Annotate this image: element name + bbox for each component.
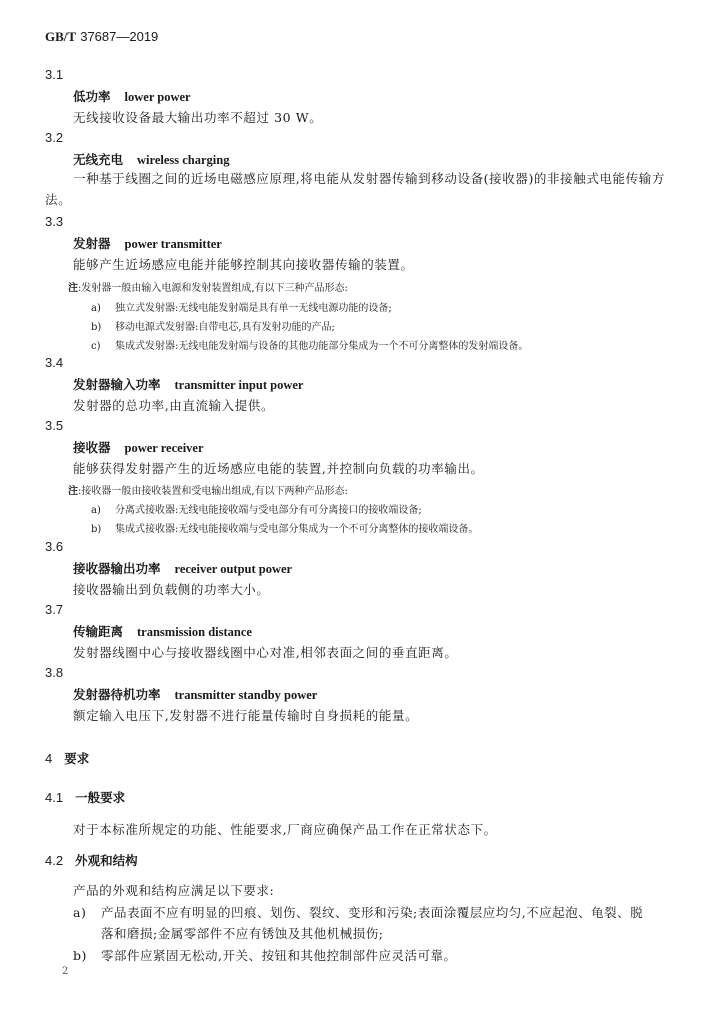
term-heading: 低功率lower power xyxy=(73,87,191,105)
document-header: GB/T 37687—2019 xyxy=(45,29,158,45)
item-text: 移动电源式发射器:自带电芯,具有发射功能的产品; xyxy=(115,322,335,333)
term-cn: 传输距离 xyxy=(73,624,123,639)
standard-number: 37687—2019 xyxy=(80,29,158,44)
section-title: 外观和结构 xyxy=(75,853,138,868)
term-definition: 发射器的总功率,由直流输入提供。 xyxy=(73,396,274,414)
section-number: 4.2 xyxy=(45,853,63,868)
term-en: power transmitter xyxy=(125,237,222,251)
term-heading: 发射器待机功率transmitter standby power xyxy=(73,685,317,703)
list-item-continuation: 落和磨损;金属零部件不应有锈蚀及其他机械损伤; xyxy=(101,924,383,942)
clause-number: 3.3 xyxy=(45,214,63,229)
list-item: a)产品表面不应有明显的凹痕、划伤、裂纹、变形和污染;表面涂覆层应均匀,不应起泡… xyxy=(73,903,643,921)
term-en: power receiver xyxy=(125,441,204,455)
item-mark: b) xyxy=(73,948,101,963)
section-heading: 4要求 xyxy=(45,749,89,767)
body-paragraph: 对于本标准所规定的功能、性能要求,厂商应确保产品工作在正常状态下。 xyxy=(73,820,497,838)
term-cn: 低功率 xyxy=(73,89,111,104)
note-item: a)独立式发射器:无线电能发射端是具有单一无线电源功能的设备; xyxy=(91,299,392,314)
term-heading: 发射器输入功率transmitter input power xyxy=(73,375,303,393)
term-heading: 无线充电wireless charging xyxy=(73,150,229,168)
term-definition: 接收器输出到负载侧的功率大小。 xyxy=(73,580,270,598)
term-cn: 发射器 xyxy=(73,236,111,251)
clause-number: 3.4 xyxy=(45,355,63,370)
term-en: transmission distance xyxy=(137,625,252,639)
item-text: 分离式接收器:无线电能接收端与受电部分有可分离接口的接收端设备; xyxy=(115,505,422,516)
item-mark: a) xyxy=(73,905,101,920)
term-definition: 发射器线圈中心与接收器线圈中心对准,相邻表面之间的垂直距离。 xyxy=(73,643,457,661)
term-cn: 接收器输出功率 xyxy=(73,561,161,576)
clause-number: 3.7 xyxy=(45,602,63,617)
section-number: 4 xyxy=(45,751,52,766)
clause-number: 3.6 xyxy=(45,539,63,554)
subsection-heading: 4.1一般要求 xyxy=(45,788,125,806)
term-en: receiver output power xyxy=(175,562,293,576)
term-en: wireless charging xyxy=(137,153,229,167)
note-item: a)分离式接收器:无线电能接收端与受电部分有可分离接口的接收端设备; xyxy=(91,501,422,516)
body-paragraph: 产品的外观和结构应满足以下要求: xyxy=(73,881,274,899)
item-mark: c) xyxy=(91,341,115,352)
term-heading: 接收器power receiver xyxy=(73,438,204,456)
item-text: 集成式发射器:无线电能发射端与设备的其他功能部分集成为一个不可分离整体的发射端设… xyxy=(115,341,528,352)
list-item: b)零部件应紧固无松动,开关、按钮和其他控制部件应灵活可靠。 xyxy=(73,946,456,964)
term-cn: 接收器 xyxy=(73,440,111,455)
item-mark: b) xyxy=(91,322,115,333)
standard-prefix: GB/T xyxy=(45,29,76,44)
term-definition: 能够获得发射器产生的近场感应电能的装置,并控制向负载的功率输出。 xyxy=(73,459,484,477)
section-title: 一般要求 xyxy=(75,790,125,805)
term-definition: 一种基于线圈之间的近场电磁感应原理,将电能从发射器传输到移动设备(接收器)的非接… xyxy=(45,168,665,210)
term-heading: 传输距离transmission distance xyxy=(73,622,252,640)
term-cn: 发射器待机功率 xyxy=(73,687,161,702)
item-text: 集成式接收器:无线电能接收端与受电部分集成为一个不可分离整体的接收端设备。 xyxy=(115,524,478,535)
note-item: b)移动电源式发射器:自带电芯,具有发射功能的产品; xyxy=(91,318,335,333)
section-number: 4.1 xyxy=(45,790,63,805)
term-en: transmitter input power xyxy=(175,378,304,392)
clause-number: 3.2 xyxy=(45,130,63,145)
term-heading: 发射器power transmitter xyxy=(73,234,222,252)
note-label: 注 xyxy=(68,486,78,497)
clause-number: 3.1 xyxy=(45,67,63,82)
term-cn: 无线充电 xyxy=(73,152,123,167)
item-mark: a) xyxy=(91,303,115,314)
term-cn: 发射器输入功率 xyxy=(73,377,161,392)
term-en: transmitter standby power xyxy=(175,688,318,702)
item-text: 零部件应紧固无松动,开关、按钮和其他控制部件应灵活可靠。 xyxy=(101,948,456,963)
clause-number: 3.5 xyxy=(45,418,63,433)
note-text: :接收器一般由接收装置和受电输出组成,有以下两种产品形态: xyxy=(78,486,348,497)
term-definition: 额定输入电压下,发射器不进行能量传输时自身损耗的能量。 xyxy=(73,706,418,724)
item-text: 产品表面不应有明显的凹痕、划伤、裂纹、变形和污染;表面涂覆层应均匀,不应起泡、龟… xyxy=(101,905,643,920)
term-en: lower power xyxy=(125,90,191,104)
note-text: :发射器一般由输入电源和发射装置组成,有以下三种产品形态: xyxy=(78,283,348,294)
note-item: c)集成式发射器:无线电能发射端与设备的其他功能部分集成为一个不可分离整体的发射… xyxy=(91,337,528,352)
term-definition: 无线接收设备最大输出功率不超过 30 W。 xyxy=(73,108,322,126)
note: 注:发射器一般由输入电源和发射装置组成,有以下三种产品形态: xyxy=(68,279,348,294)
page-number: 2 xyxy=(62,966,68,977)
term-definition: 能够产生近场感应电能并能够控制其向接收器传输的装置。 xyxy=(73,255,414,273)
subsection-heading: 4.2外观和结构 xyxy=(45,851,138,869)
item-mark: a) xyxy=(91,505,115,516)
note-label: 注 xyxy=(68,283,78,294)
item-mark: b) xyxy=(91,524,115,535)
section-title: 要求 xyxy=(64,751,89,766)
clause-number: 3.8 xyxy=(45,665,63,680)
term-heading: 接收器输出功率receiver output power xyxy=(73,559,292,577)
item-text: 独立式发射器:无线电能发射端是具有单一无线电源功能的设备; xyxy=(115,303,392,314)
note-item: b)集成式接收器:无线电能接收端与受电部分集成为一个不可分离整体的接收端设备。 xyxy=(91,520,478,535)
note: 注:接收器一般由接收装置和受电输出组成,有以下两种产品形态: xyxy=(68,482,348,497)
